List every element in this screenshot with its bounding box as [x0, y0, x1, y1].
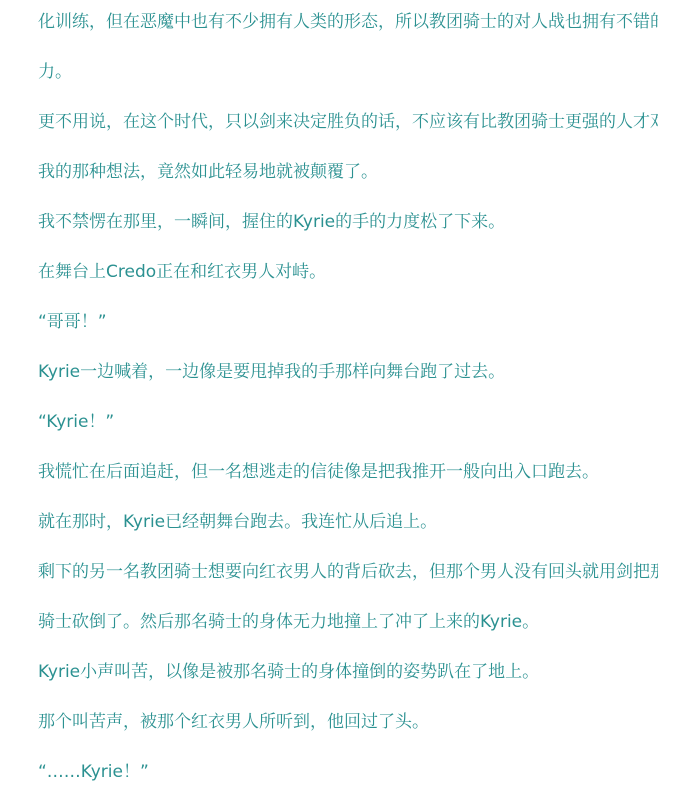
- text-line: 剩下的另一名教团骑士想要向红衣男人的背后砍去，但那个男人没有回头就用剑把那名: [38, 547, 658, 597]
- text-line: 就在那时，Kyrie已经朝舞台跑去。我连忙从后追上。: [38, 497, 658, 547]
- text-line: 骑士砍倒了。然后那名骑士的身体无力地撞上了冲了上来的Kyrie。: [38, 597, 658, 647]
- novel-text-page: 化训练，但在恶魔中也有不少拥有人类的形态，所以教团骑士的对人战也拥有不错的实 力…: [0, 0, 680, 796]
- text-line: 更不用说，在这个时代，只以剑来决定胜负的话，不应该有比教团骑士更强的人才对。: [38, 97, 658, 147]
- text-line: 化训练，但在恶魔中也有不少拥有人类的形态，所以教团骑士的对人战也拥有不错的实: [38, 0, 658, 47]
- dialogue-line: “……Kyrie！”: [38, 747, 658, 796]
- text-line: 在舞台上Credo正在和红衣男人对峙。: [38, 247, 658, 297]
- text-line: 我不禁愣在那里，一瞬间，握住的Kyrie的手的力度松了下来。: [38, 197, 658, 247]
- text-line: 我的那种想法，竟然如此轻易地就被颠覆了。: [38, 147, 658, 197]
- dialogue-line: “哥哥！”: [38, 297, 658, 347]
- dialogue-line: “Kyrie！”: [38, 397, 658, 447]
- text-line: 那个叫苦声，被那个红衣男人所听到，他回过了头。: [38, 697, 658, 747]
- text-line: 力。: [38, 47, 658, 97]
- text-line: 我慌忙在后面追赶，但一名想逃走的信徒像是把我推开一般向出入口跑去。: [38, 447, 658, 497]
- text-line: Kyrie一边喊着，一边像是要甩掉我的手那样向舞台跑了过去。: [38, 347, 658, 397]
- text-line: Kyrie小声叫苦，以像是被那名骑士的身体撞倒的姿势趴在了地上。: [38, 647, 658, 697]
